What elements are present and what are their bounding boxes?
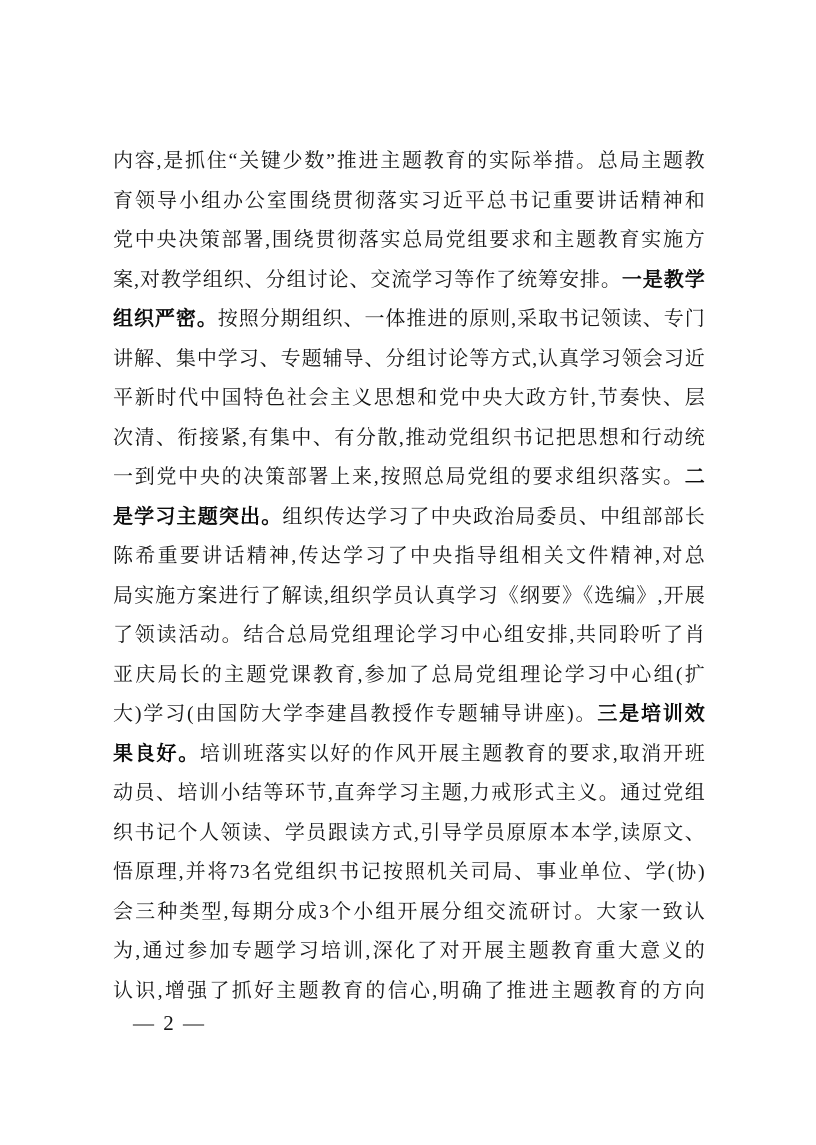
body-text-segment: 育领导小组办公室围绕贯彻落实习近平总书记重要讲话精神和: [113, 190, 705, 212]
text-line: 育领导小组办公室围绕贯彻落实习近平总书记重要讲话精神和: [113, 182, 705, 222]
text-line: 动员、培训小结等环节,直奔学习主题,力戒形式主义。通过党组: [113, 774, 705, 814]
body-text-segment: 一到党中央的决策部署上来,按照总局党组的要求组织落实。: [113, 466, 685, 488]
emphasis-text: 一是教学: [622, 269, 705, 291]
body-text-segment: 陈希重要讲话精神,传达学习了中央指导组相关文件精神,对总: [113, 545, 705, 567]
text-line: 是学习主题突出。组织传达学习了中央政治局委员、中组部部长: [113, 498, 705, 538]
page-footer: — 2 —: [133, 1010, 206, 1036]
body-text-segment: 悟原理,并将73名党组织书记按照机关司局、事业单位、学(协): [113, 861, 705, 883]
body-text-segment: 讲解、集中学习、专题辅导、分组讨论等方式,认真学习领会习近: [113, 348, 705, 370]
body-text-segment: 党中央决策部署,围绕贯彻落实总局党组要求和主题教育实施方: [113, 229, 705, 251]
body-text-segment: 按照分期组织、一体推进的原则,采取书记领读、专门: [218, 308, 705, 330]
body-text-segment: 了领读活动。结合总局党组理论学习中心组安排,共同聆听了肖: [113, 624, 705, 646]
body-text-segment: 案,对教学组织、分组讨论、交流学习等作了统筹安排。: [113, 269, 622, 291]
body-text-segment: 织书记个人领读、学员跟读方式,引导学员原原本本学,读原文、: [113, 822, 705, 844]
emphasis-text: 果良好。: [113, 743, 200, 765]
text-line: 认识,增强了抓好主题教育的信心,明确了推进主题教育的方向: [113, 972, 705, 1012]
page-number-label: — 2 —: [133, 1011, 206, 1035]
body-text-segment: 亚庆局长的主题党课教育,参加了总局党组理论学习中心组(扩: [113, 664, 705, 686]
body-text-segment: 平新时代中国特色社会主义思想和党中央大政方针,节奏快、层: [113, 387, 705, 409]
text-line: 了领读活动。结合总局党组理论学习中心组安排,共同聆听了肖: [113, 616, 705, 656]
text-line: 内容,是抓住“关键少数”推进主题教育的实际举措。总局主题教: [113, 142, 705, 182]
text-line: 讲解、集中学习、专题辅导、分组讨论等方式,认真学习领会习近: [113, 340, 705, 380]
emphasis-text: 三是培训效: [597, 703, 705, 725]
text-line: 案,对教学组织、分组讨论、交流学习等作了统筹安排。一是教学: [113, 261, 705, 301]
text-line: 次清、衔接紧,有集中、有分散,推动党组织书记把思想和行动统: [113, 419, 705, 459]
text-line: 一到党中央的决策部署上来,按照总局党组的要求组织落实。二: [113, 458, 705, 498]
text-line: 陈希重要讲话精神,传达学习了中央指导组相关文件精神,对总: [113, 537, 705, 577]
body-text-segment: 会三种类型,每期分成3个小组开展分组交流研讨。大家一致认: [113, 901, 705, 923]
body-text-segment: 培训班落实以好的作风开展主题教育的要求,取消开班: [200, 743, 705, 765]
body-text-segment: 次清、衔接紧,有集中、有分散,推动党组织书记把思想和行动统: [113, 427, 705, 449]
text-line: 党中央决策部署,围绕贯彻落实总局党组要求和主题教育实施方: [113, 221, 705, 261]
text-line: 平新时代中国特色社会主义思想和党中央大政方针,节奏快、层: [113, 379, 705, 419]
text-line: 织书记个人领读、学员跟读方式,引导学员原原本本学,读原文、: [113, 814, 705, 854]
body-text-segment: 大)学习(由国防大学李建昌教授作专题辅导讲座)。: [113, 703, 597, 725]
text-line: 组织严密。按照分期组织、一体推进的原则,采取书记领读、专门: [113, 300, 705, 340]
text-line: 大)学习(由国防大学李建昌教授作专题辅导讲座)。三是培训效: [113, 695, 705, 735]
text-line: 悟原理,并将73名党组织书记按照机关司局、事业单位、学(协): [113, 853, 705, 893]
body-text-segment: 组织传达学习了中央政治局委员、中组部部长: [282, 506, 705, 528]
emphasis-text: 二: [685, 466, 705, 488]
body-text-segment: 内容,是抓住“关键少数”推进主题教育的实际举措。总局主题教: [113, 150, 705, 172]
body-text-segment: 认识,增强了抓好主题教育的信心,明确了推进主题教育的方向: [113, 980, 705, 1002]
document-page: 内容,是抓住“关键少数”推进主题教育的实际举措。总局主题教育领导小组办公室围绕贯…: [0, 0, 816, 1145]
text-line: 会三种类型,每期分成3个小组开展分组交流研讨。大家一致认: [113, 893, 705, 933]
text-line: 为,通过参加专题学习培训,深化了对开展主题教育重大意义的: [113, 932, 705, 972]
body-text-segment: 局实施方案进行了解读,组织学员认真学习《纲要》《选编》,开展: [113, 585, 705, 607]
body-text: 内容,是抓住“关键少数”推进主题教育的实际举措。总局主题教育领导小组办公室围绕贯…: [113, 142, 705, 1011]
emphasis-text: 组织严密。: [113, 308, 218, 330]
text-line: 局实施方案进行了解读,组织学员认真学习《纲要》《选编》,开展: [113, 577, 705, 617]
text-line: 果良好。培训班落实以好的作风开展主题教育的要求,取消开班: [113, 735, 705, 775]
body-text-segment: 为,通过参加专题学习培训,深化了对开展主题教育重大意义的: [113, 940, 705, 962]
emphasis-text: 是学习主题突出。: [113, 506, 282, 528]
text-line: 亚庆局长的主题党课教育,参加了总局党组理论学习中心组(扩: [113, 656, 705, 696]
body-text-segment: 动员、培训小结等环节,直奔学习主题,力戒形式主义。通过党组: [113, 782, 705, 804]
